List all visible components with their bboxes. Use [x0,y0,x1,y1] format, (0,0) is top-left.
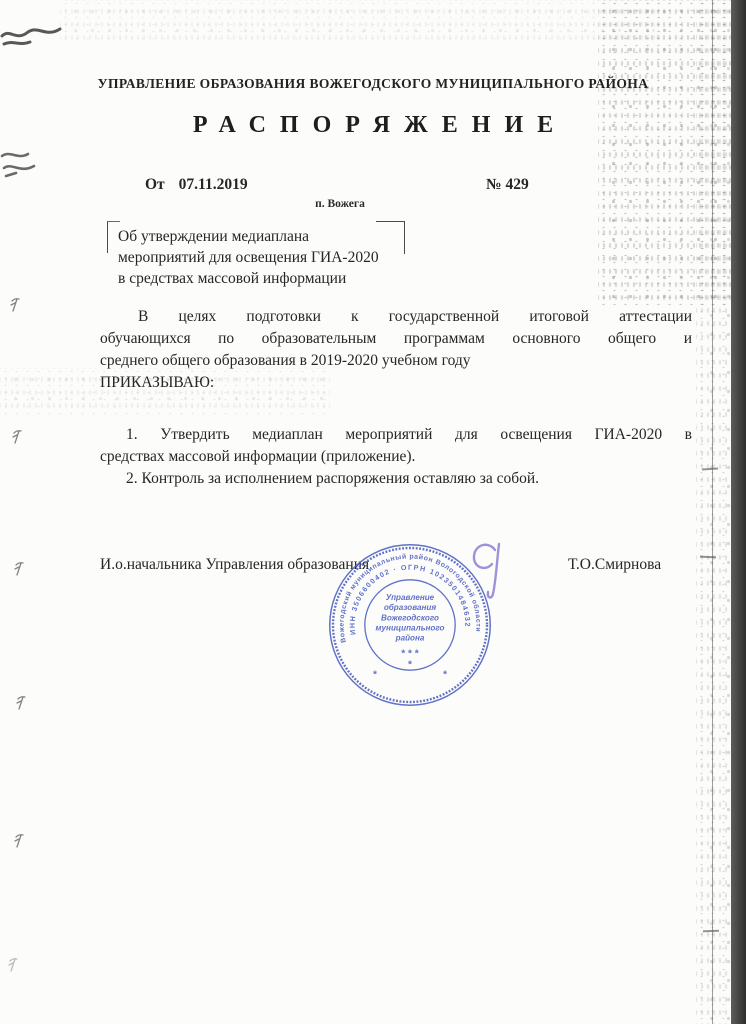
fold-tick-mark [703,930,719,933]
document-type-title: РАСПОРЯЖЕНИЕ [0,112,746,139]
subject-line: Об утверждении медиаплана [118,226,438,247]
stamp-center-line: Управление [386,593,435,602]
scan-noise-top-right [598,0,734,308]
signatory-name: Т.О.Смирнова [568,556,661,574]
doc-date: От07.11.2019 [145,176,248,194]
directive-word: ПРИКАЗЫВАЮ: [100,372,692,394]
doc-number: № 429 [486,176,529,194]
org-header: УПРАВЛЕНИЕ ОБРАЗОВАНИЯ ВОЖЕГОДСКОГО МУНИ… [40,76,706,92]
preamble-line: В целях подготовки к государственной ито… [100,306,692,328]
margin-mark [16,694,30,712]
scan-edge-shadow [731,0,746,1024]
order-item-1-line: средствах массовой информации (приложени… [100,446,692,468]
stamp-center-line: муниципального [376,624,445,633]
margin-mark [14,832,28,850]
scanned-document-page: УПРАВЛЕНИЕ ОБРАЗОВАНИЯ ВОЖЕГОДСКОГО МУНИ… [0,0,746,1024]
fold-tick-mark [702,467,718,470]
meta-row: От07.11.2019 № 429 [0,176,746,198]
doc-date-label: От [145,176,165,193]
stamp-star: * [443,670,447,681]
stamp-center-line: района [395,634,425,643]
scan-noise-top [60,0,660,40]
margin-mark [10,296,24,314]
handwritten-signature [462,540,510,604]
subject-line: мероприятий для освещения ГИА-2020 [118,247,438,268]
scan-noise-right-edge [696,0,734,1024]
preamble-line: обучающихся по образовательным программа… [100,328,692,350]
doc-place: п. Вожега [240,198,440,210]
fold-tick-mark [700,556,716,559]
order-items: 1. Утвердить медиаплан мероприятий для о… [100,424,692,490]
stamp-star: * [408,659,412,670]
preamble-line: среднего общего образования в 2019-2020 … [100,350,692,372]
stamp-center-line: образования [384,603,437,612]
page-fold-line [712,0,713,1024]
stamp-star: * [373,670,377,681]
margin-mark [14,560,28,578]
preamble-paragraph: В целях подготовки к государственной ито… [100,306,692,394]
margin-mark [12,428,26,446]
subject-block: Об утверждении медиаплана мероприятий дл… [118,226,438,289]
doc-date-value: 07.11.2019 [179,176,248,193]
margin-mark [8,956,22,974]
subject-line: в средствах массовой информации [118,268,438,289]
order-item-1-line: 1. Утвердить медиаплан мероприятий для о… [100,424,692,446]
stamp-stars-row: * * * [401,648,419,659]
order-item-2: 2. Контроль за исполнением распоряжения … [100,468,692,490]
stamp-center-line: Вожегодского [381,613,439,622]
pen-scribble-top-left [0,20,80,52]
